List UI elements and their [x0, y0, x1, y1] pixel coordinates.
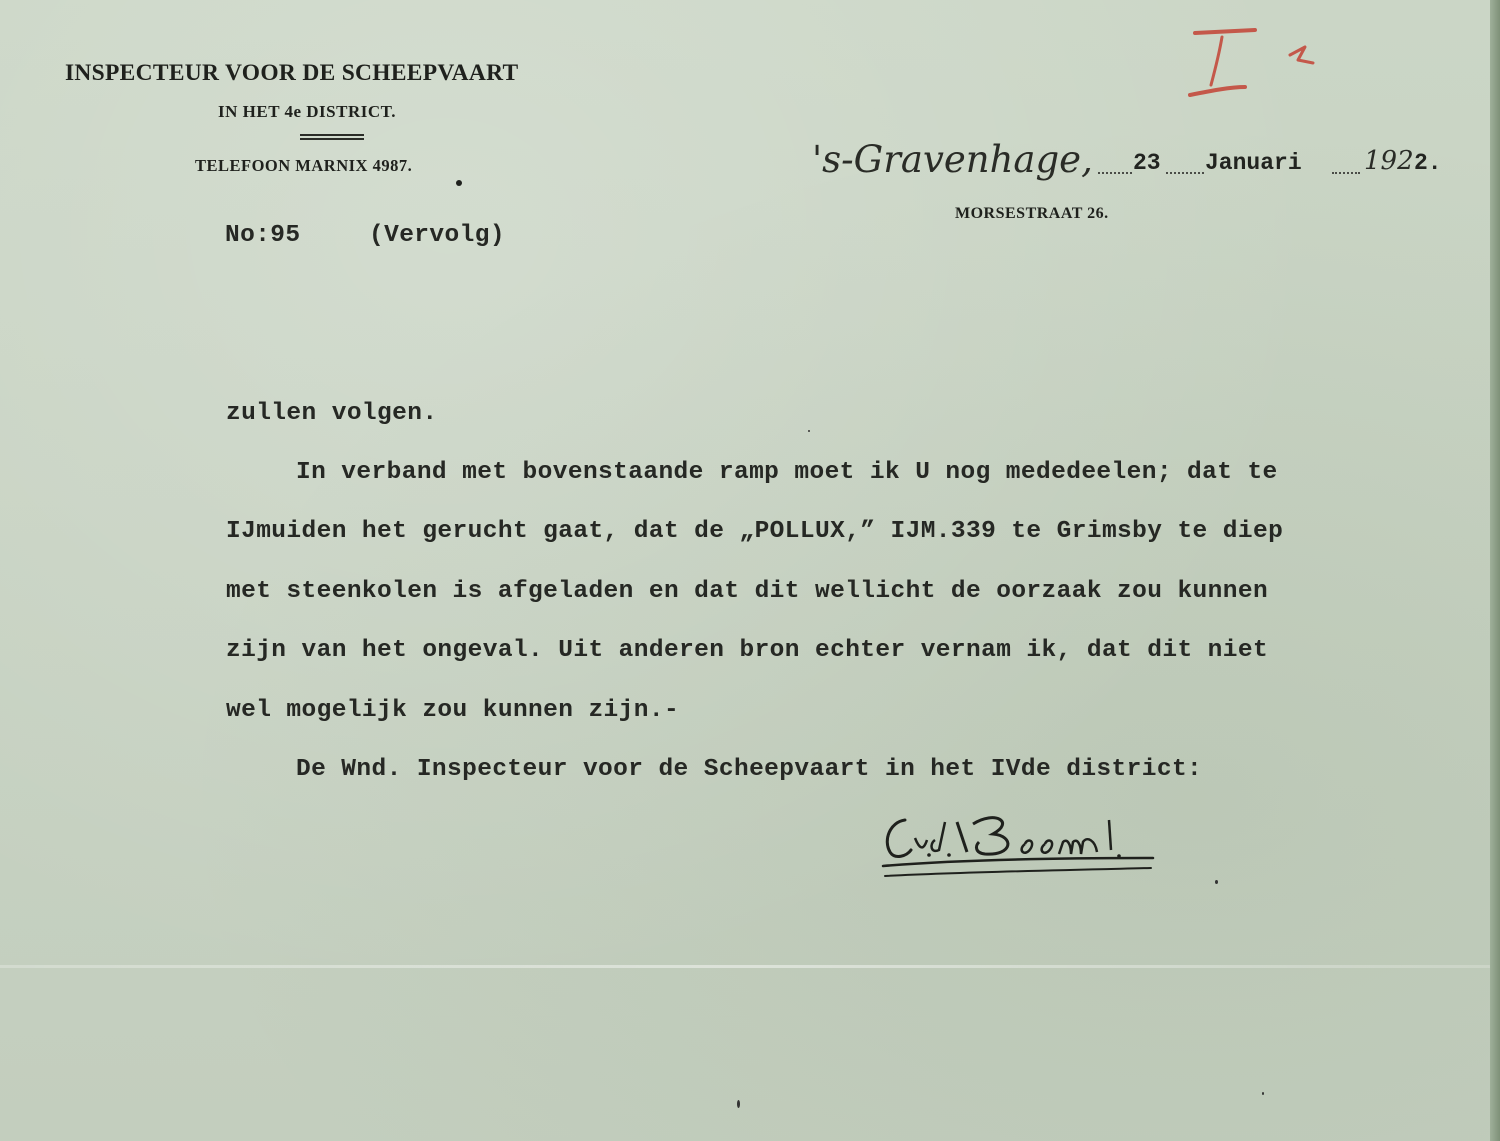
letter-page: INSPECTEUR VOOR DE SCHEEPVAART IN HET 4e…	[0, 0, 1490, 1141]
red-pencil-mark-icon	[1185, 25, 1325, 100]
reference-number: No:95	[225, 222, 301, 249]
letterhead-district: IN HET 4e DISTRICT.	[218, 102, 396, 122]
date-month: Januari	[1205, 150, 1302, 176]
letterhead-title: INSPECTEUR VOOR DE SCHEEPVAART	[65, 60, 519, 86]
paper-speck	[808, 430, 810, 432]
body-line: IJmuiden het gerucht gaat, dat de „POLLU…	[226, 518, 1283, 545]
body-line: wel mogelijk zou kunnen zijn.-	[226, 697, 679, 724]
scan-edge	[1490, 0, 1500, 1141]
date-dots	[1166, 172, 1204, 174]
date-year-prefix: 192	[1364, 146, 1414, 176]
letterhead-phone: TELEFOON MARNIX 4987.	[195, 156, 412, 176]
paper-speck	[1215, 880, 1218, 884]
date-dots	[1098, 172, 1132, 174]
closing-title: De Wnd. Inspecteur voor de Scheepvaart i…	[296, 756, 1202, 783]
letterhead-double-rule	[300, 134, 364, 140]
paper-speck	[737, 1100, 740, 1108]
handwritten-signature-icon: C.v.d. Boom	[875, 800, 1165, 885]
letterhead-address: MORSESTRAAT 26.	[955, 205, 1109, 223]
date-year-suffix: 2.	[1414, 150, 1442, 176]
date-day: 23	[1133, 150, 1161, 176]
ink-dot	[456, 180, 462, 186]
date-dots	[1332, 172, 1360, 174]
body-line: met steenkolen is afgeladen en dat dit w…	[226, 578, 1268, 605]
dateline-place: 's-Gravenhage,	[812, 138, 1093, 181]
body-line: In verband met bovenstaande ramp moet ik…	[296, 459, 1278, 486]
body-line: zullen volgen.	[226, 400, 437, 427]
body-line: zijn van het ongeval. Uit anderen bron e…	[226, 637, 1268, 664]
paper-fold-line	[0, 965, 1490, 968]
paper-speck	[1262, 1092, 1264, 1095]
reference-continuation: (Vervolg)	[369, 222, 505, 249]
